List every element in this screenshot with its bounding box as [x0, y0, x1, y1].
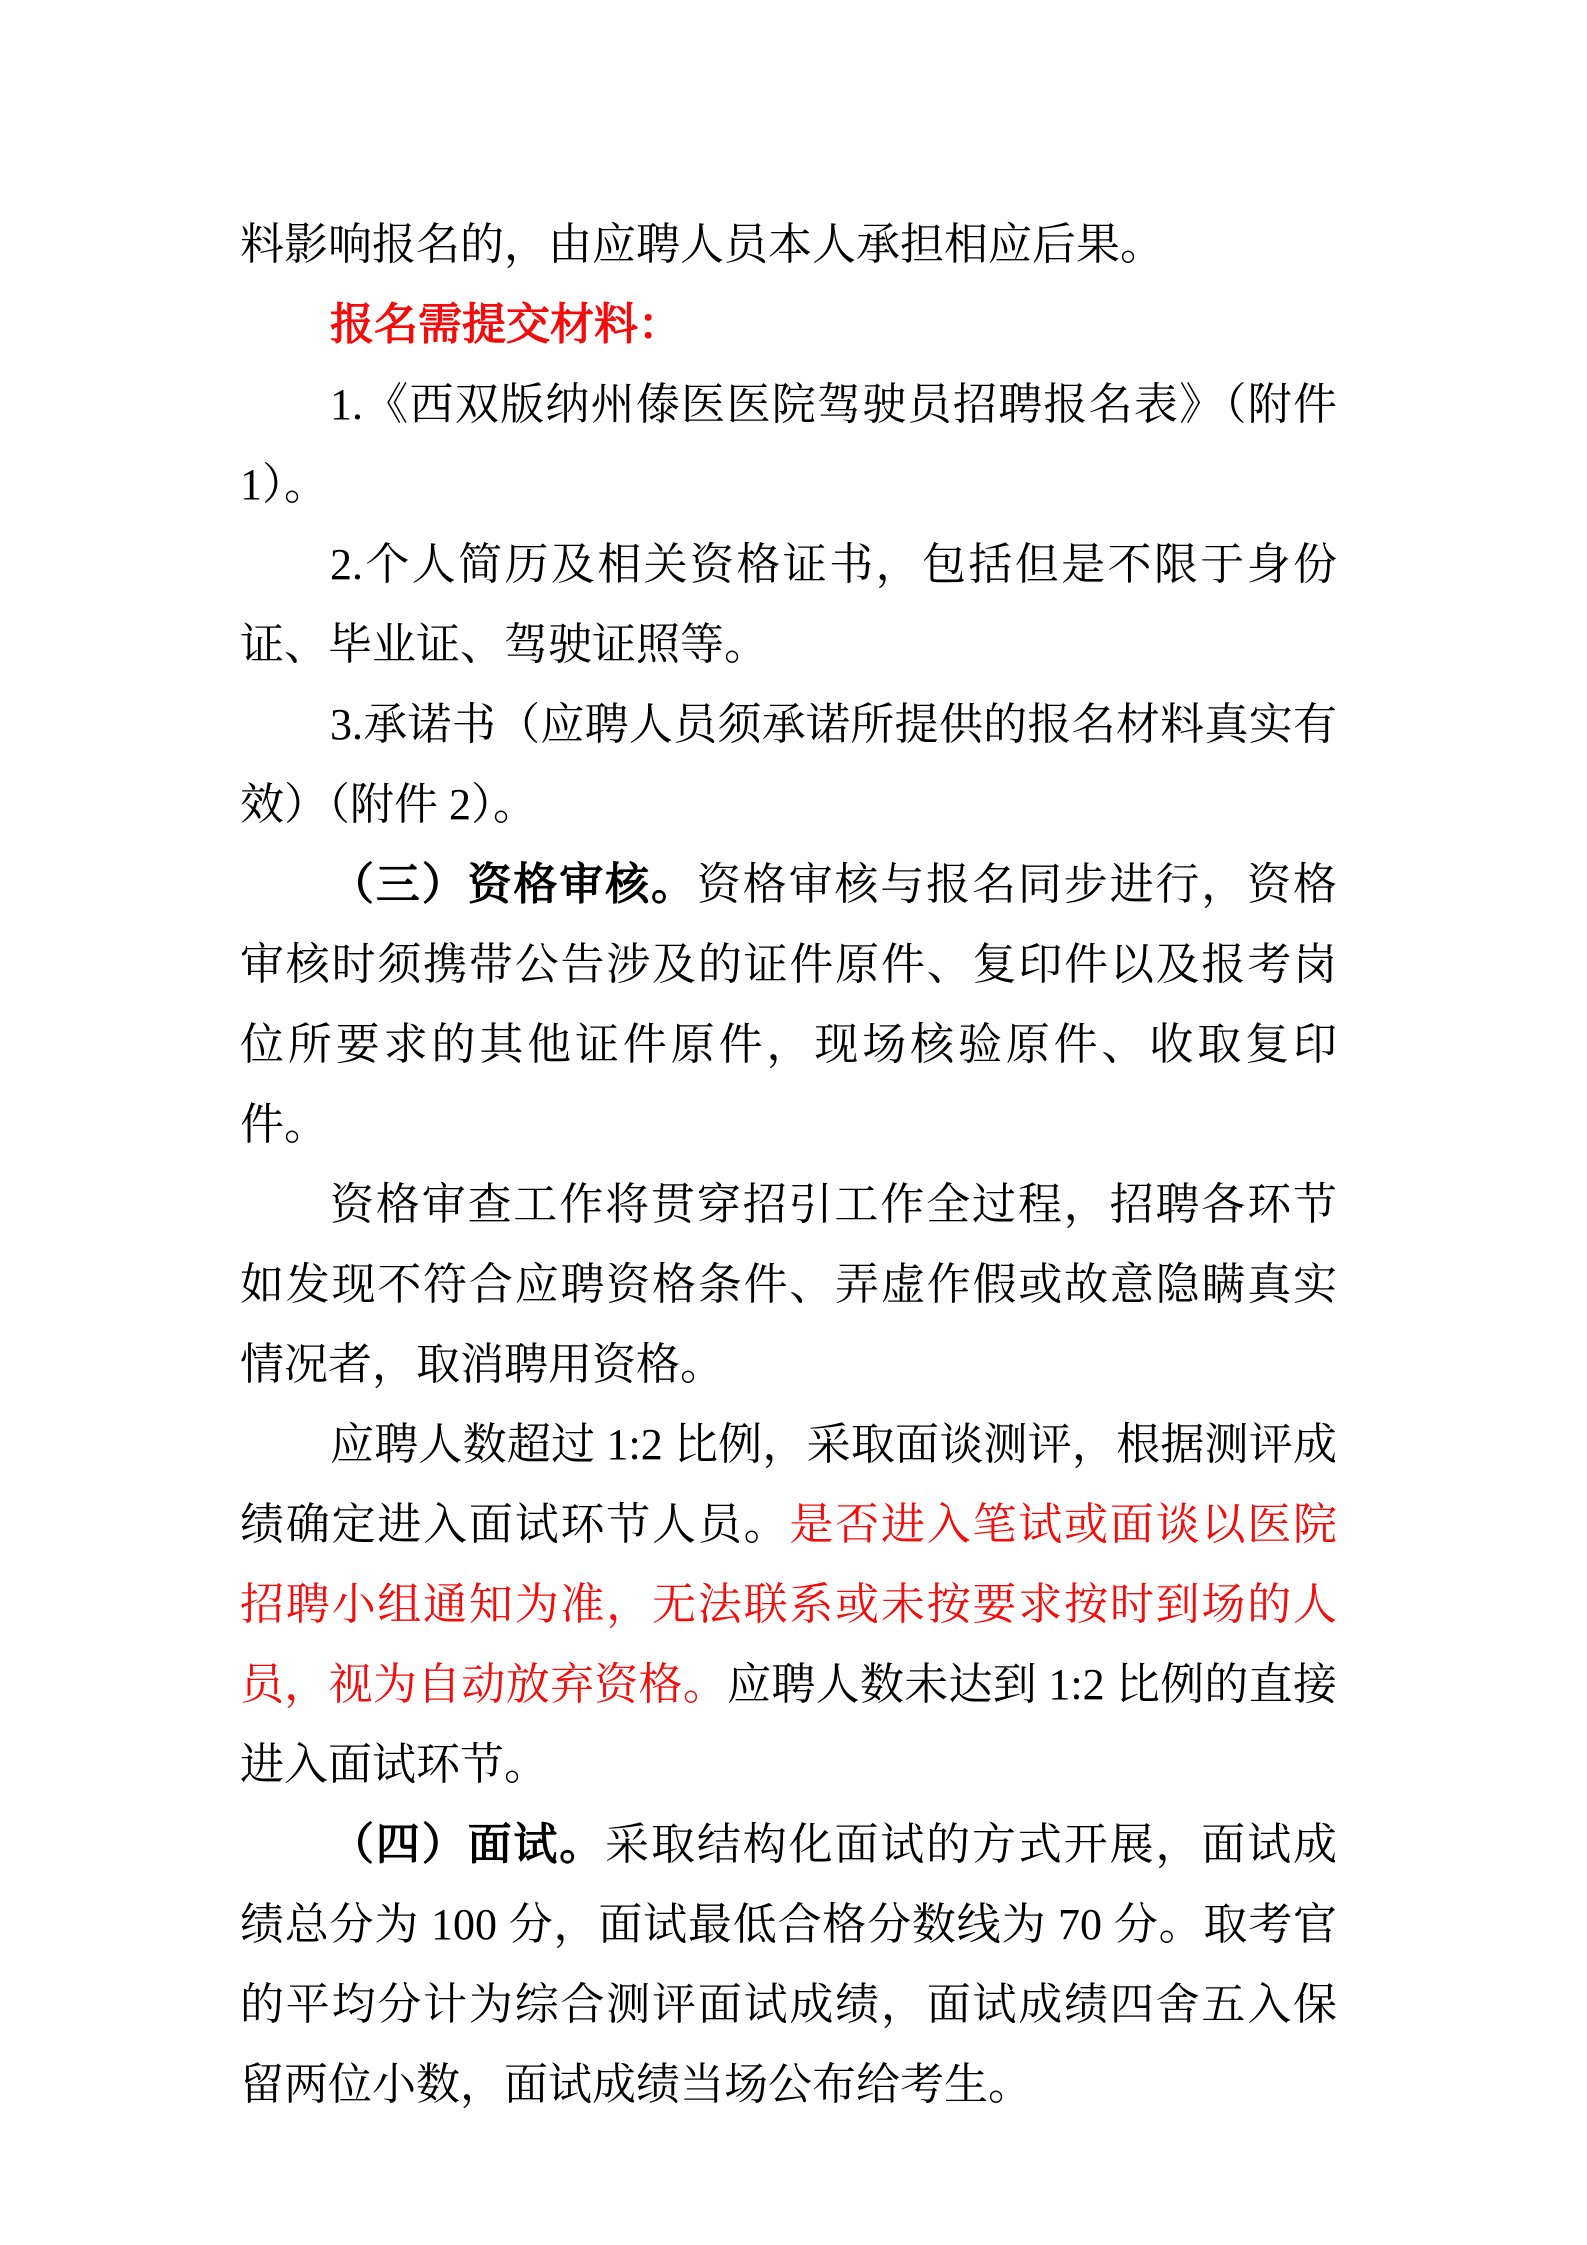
paragraph-ratio-rule: 应聘人数超过 1:2 比例，采取面谈测评，根据测评成绩确定进入面试环节人员。是否… [240, 1405, 1337, 1805]
text-run: 3.承诺书（应聘人员须承诺所提供的报名材料真实有效）（附件 2）。 [240, 700, 1337, 829]
document-page: 料影响报名的，由应聘人员本人承担相应后果。 报名需提交材料： 1.《西双版纳州傣… [0, 0, 1587, 2245]
list-item-application-form: 1.《西双版纳州傣医医院驾驶员招聘报名表》（附件 1）。 [240, 365, 1337, 525]
list-item-commitment-letter: 3.承诺书（应聘人员须承诺所提供的报名材料真实有效）（附件 2）。 [240, 685, 1337, 845]
text-run-bold-lead: （三）资格审核。 [330, 860, 697, 909]
paragraph-qualification-review: （三）资格审核。资格审核与报名同步进行，资格审核时须携带公告涉及的证件原件、复印… [240, 845, 1337, 1165]
text-run-bold-lead: （四）面试。 [330, 1820, 605, 1869]
paragraph-continuation: 料影响报名的，由应聘人员本人承担相应后果。 [240, 205, 1337, 285]
paragraph-review-whole-process: 资格审查工作将贯穿招引工作全过程，招聘各环节如发现不符合应聘资格条件、弄虚作假或… [240, 1165, 1337, 1405]
text-run: 资格审查工作将贯穿招引工作全过程，招聘各环节如发现不符合应聘资格条件、弄虚作假或… [240, 1180, 1337, 1389]
heading-materials-required: 报名需提交材料： [240, 285, 1337, 365]
list-item-resume-certificates: 2.个人简历及相关资格证书，包括但是不限于身份证、毕业证、驾驶证照等。 [240, 525, 1337, 685]
paragraph-interview: （四）面试。采取结构化面试的方式开展，面试成绩总分为 100 分，面试最低合格分… [240, 1805, 1337, 2125]
text-run: 1.《西双版纳州傣医医院驾驶员招聘报名表》（附件 1）。 [240, 380, 1337, 509]
text-run: 料影响报名的，由应聘人员本人承担相应后果。 [240, 220, 1164, 269]
text-run-red-bold: 报名需提交材料： [330, 300, 682, 349]
text-run: 2.个人简历及相关资格证书，包括但是不限于身份证、毕业证、驾驶证照等。 [240, 540, 1337, 669]
